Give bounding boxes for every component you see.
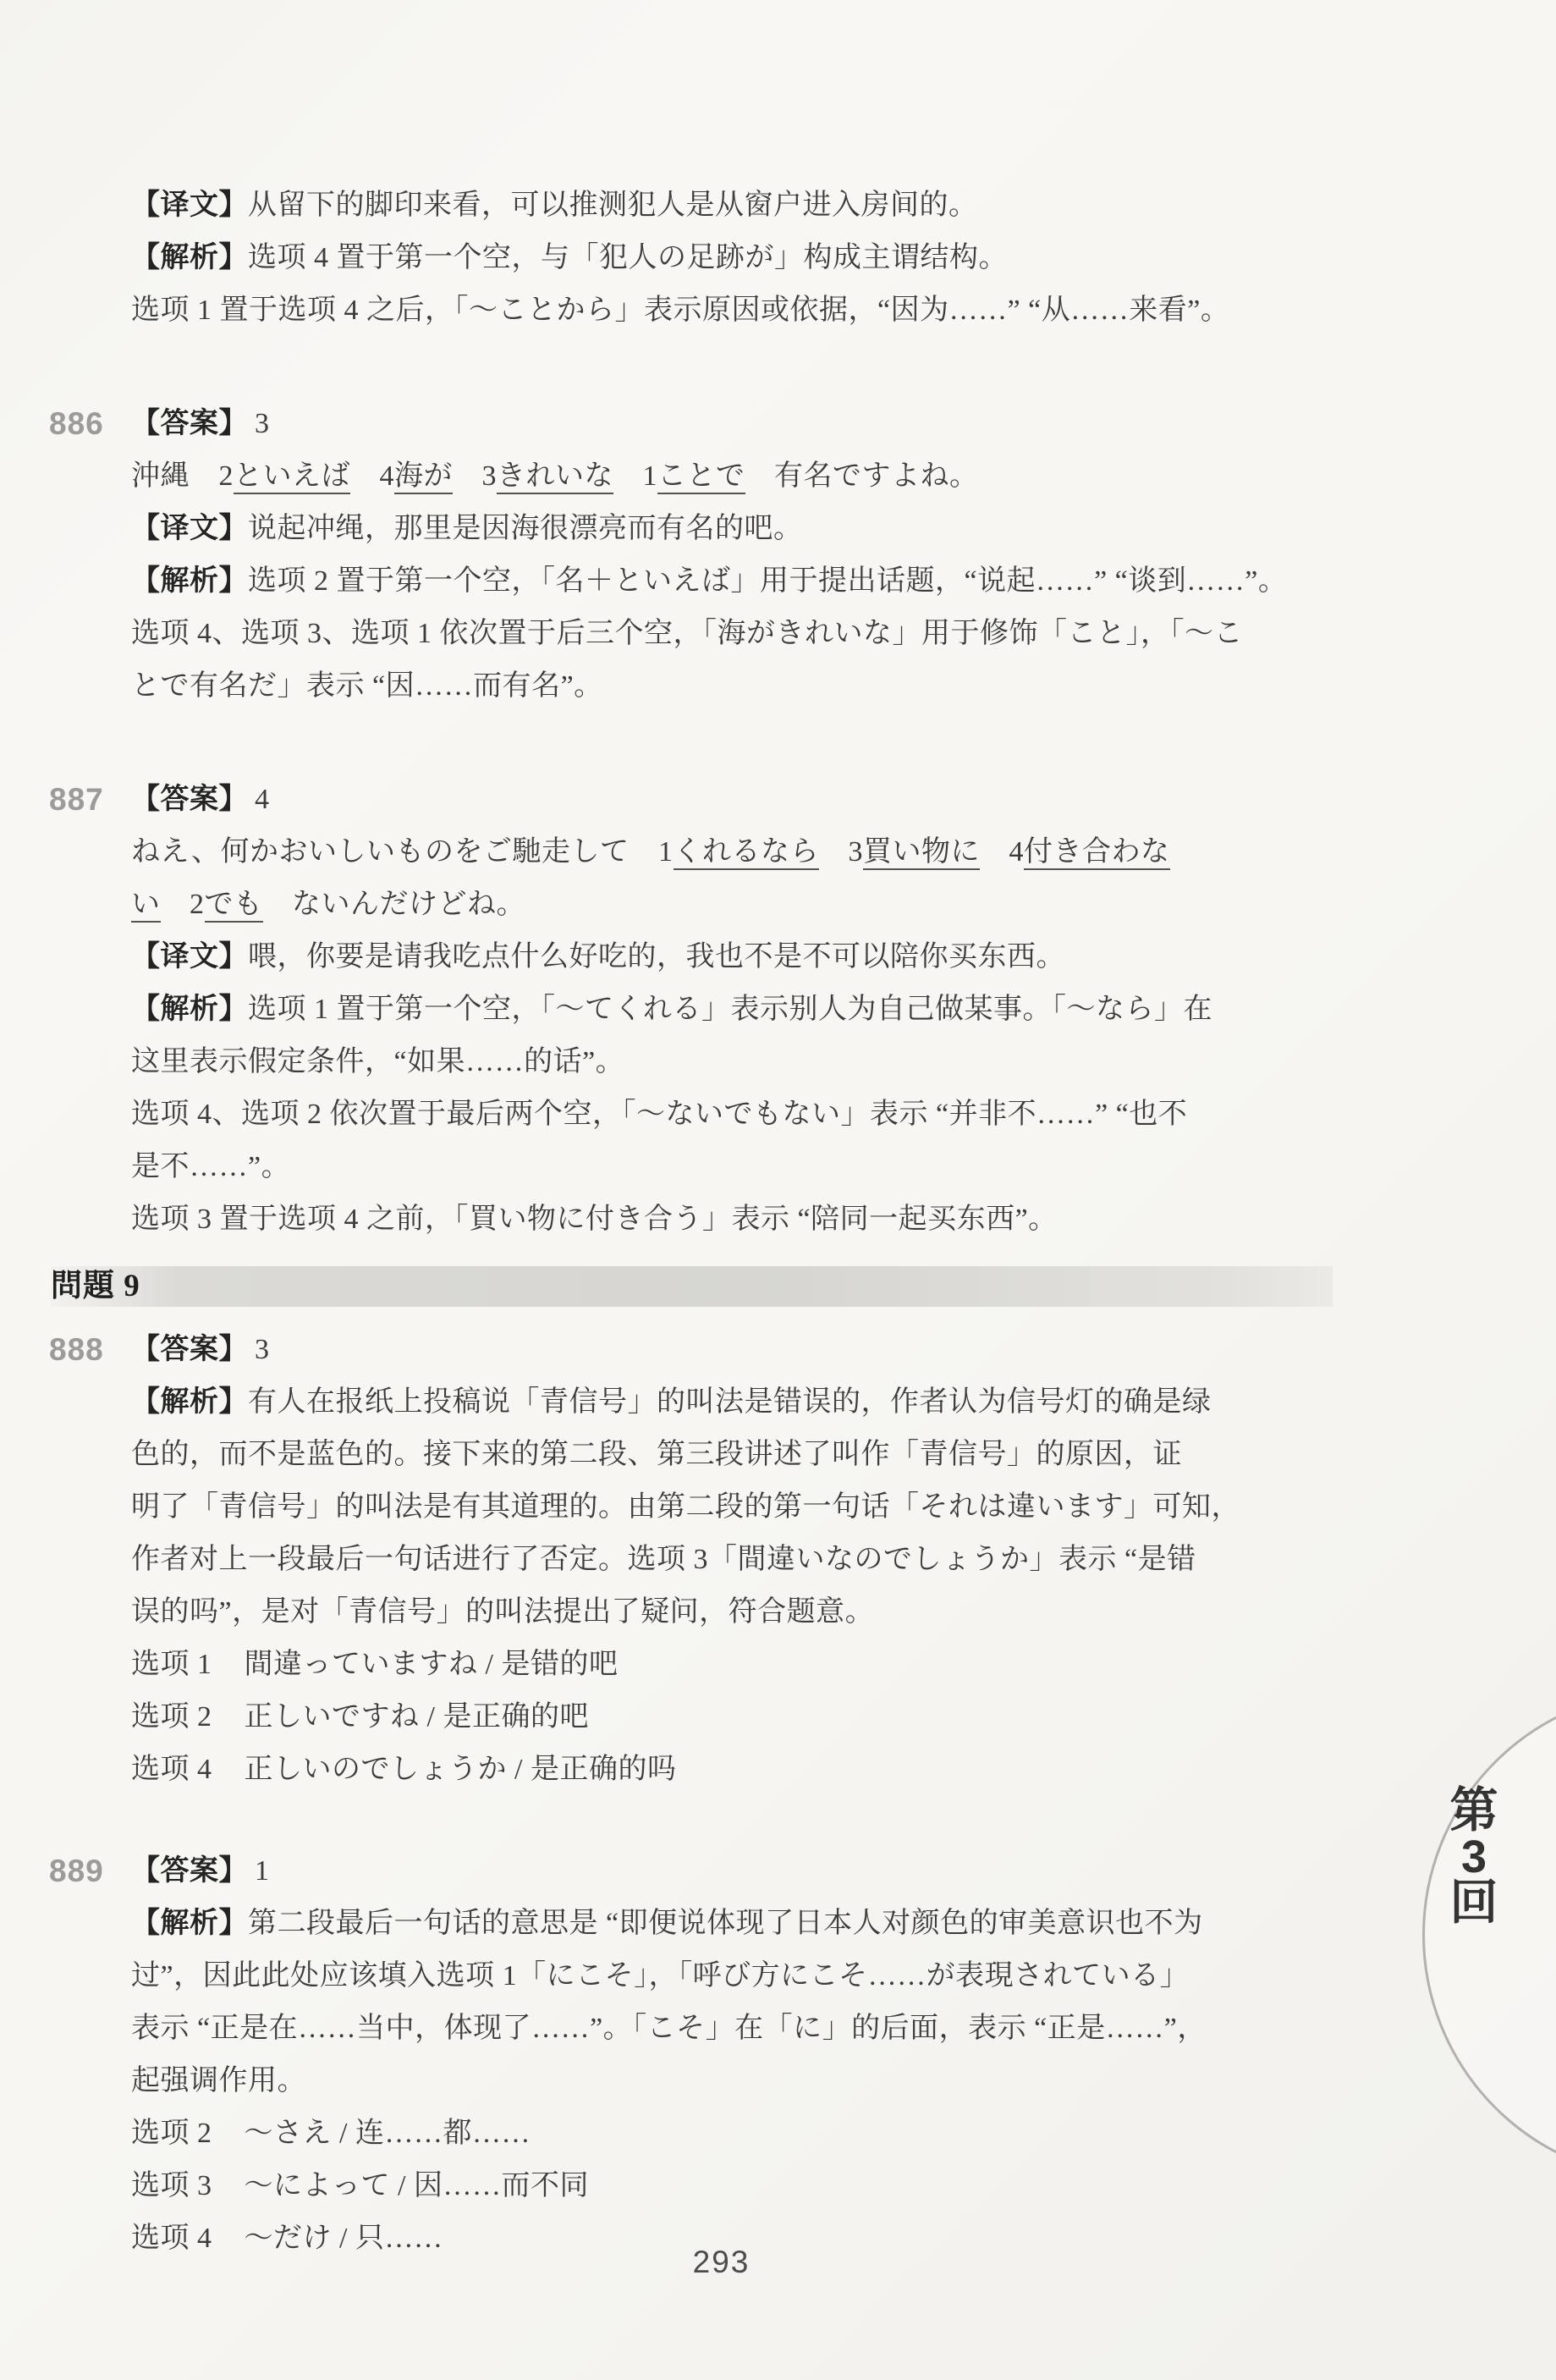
underlined-segment: 買い物に	[863, 836, 980, 870]
answer-value: 3	[255, 1334, 270, 1365]
option-number: 选项 3	[131, 2170, 212, 2201]
answer-value: 1	[255, 1855, 270, 1887]
answer-value: 3	[255, 408, 270, 439]
analysis-line: 过”，因此此处应该填入选项 1「にこそ」，「呼び方にこそ……が表現されている」	[131, 1950, 1311, 2003]
underlined-segment: ことで	[657, 460, 745, 494]
analysis-line: 表示 “正是在……当中，体现了……”。「こそ」在「に」的后面，表示 “正是……”…	[131, 2003, 1311, 2055]
text-segment: 2	[190, 889, 205, 920]
option-row: 选项 2正しいですね / 是正确的吧	[131, 1691, 1311, 1744]
underlined-segment: い	[131, 889, 161, 923]
analysis-text: 选项 2 置于第一个空，「名＋といえば」用于提出话题，“说起……” “谈到……”…	[248, 565, 1287, 597]
underlined-segment: 付き合わな	[1024, 836, 1170, 870]
round-3-label-char: 3	[1443, 1835, 1504, 1879]
question-number: 886	[49, 398, 104, 450]
analysis-line: 选项 4、选项 3、选项 1 依次置于后三个空，「海がきれいな」用于修饰「こと」…	[131, 608, 1311, 660]
analysis-text: 选项 1 置于第一个空，「～てくれる」表示别人为自己做某事。「～なら」在	[248, 994, 1212, 1025]
text-segment	[161, 889, 190, 920]
underlined-segment: でも	[205, 889, 263, 923]
translation-text: 喂，你要是请我吃点什么好吃的，我也不是不可以陪你买东西。	[248, 941, 1065, 972]
answer-label: 【答案】	[131, 1334, 248, 1365]
option-text: 間違っていますね / 是错的吧	[245, 1649, 619, 1680]
analysis-label: 【解析】	[131, 242, 248, 273]
text-segment: 1	[643, 460, 658, 492]
round-3-side-tab: 第 3 回	[1422, 1689, 1556, 2180]
text-segment: ねえ、何かおいしいものをご馳走して	[131, 836, 658, 868]
text-segment: 3	[482, 460, 498, 492]
option-number: 选项 2	[131, 1701, 212, 1733]
question-number: 887	[49, 774, 104, 826]
question-886-block: 886 【答案】3 沖縄 2といえば 4海が 3きれいな 1ことで 有名ですよね…	[131, 398, 1311, 713]
option-row: 选项 3～によって / 因……而不同	[131, 2160, 1311, 2212]
round-3-label-char: 第	[1443, 1787, 1504, 1835]
option-number: 选项 2	[131, 2118, 212, 2149]
page-content: 【译文】从留下的脚印来看，可以推测犯人是从窗户进入房间的。 【解析】选项 4 置…	[131, 179, 1311, 2265]
option-row: 选项 4正しいのでしょうか / 是正确的吗	[131, 1744, 1311, 1796]
sentence-line: い 2でも ないんだけどね。	[131, 879, 1311, 931]
underlined-segment: くれるなら	[674, 836, 820, 870]
option-row: 选项 1間違っていますね / 是错的吧	[131, 1639, 1311, 1691]
problem-9-section-bar: 問題 9	[51, 1266, 1333, 1307]
question-number: 889	[49, 1845, 104, 1898]
option-number: 选项 4	[131, 1754, 212, 1785]
option-text: ～によって / 因……而不同	[245, 2170, 589, 2201]
sentence-line: 沖縄 2といえば 4海が 3きれいな 1ことで 有名ですよね。	[131, 450, 1311, 503]
text-segment: 4	[380, 460, 395, 492]
option-text: 正しいですね / 是正确的吧	[245, 1701, 589, 1733]
answer-label: 【答案】	[131, 784, 248, 815]
translation-line: 【译文】说起冲绳，那里是因海很漂亮而有名的吧。	[131, 503, 1311, 555]
text-segment	[613, 460, 643, 492]
text-segment: 3	[849, 836, 864, 868]
option-row: 选项 2～さえ / 连……都……	[131, 2107, 1311, 2160]
analysis-line: 作者对上一段最后一句话进行了否定。选项 3「間違いなのでしょうか」表示 “是错	[131, 1534, 1311, 1586]
analysis-line: 误的吗”，是对「青信号」的叫法提出了疑问，符合题意。	[131, 1586, 1311, 1639]
option-number: 选项 1	[131, 1649, 212, 1680]
answer-value: 4	[255, 784, 270, 815]
sentence-line: ねえ、何かおいしいものをご馳走して 1くれるなら 3買い物に 4付き合わな	[131, 826, 1311, 879]
question-header: 888 【答案】3	[131, 1324, 1311, 1376]
analysis-label: 【解析】	[131, 994, 248, 1025]
answer-label: 【答案】	[131, 1855, 248, 1887]
round-3-label-char: 回	[1443, 1879, 1504, 1927]
question-887-block: 887 【答案】4 ねえ、何かおいしいものをご馳走して 1くれるなら 3買い物に…	[131, 774, 1311, 1246]
option-text: ～さえ / 连……都……	[245, 2118, 531, 2149]
option-text: 正しいのでしょうか / 是正确的吗	[245, 1754, 677, 1785]
text-segment: 沖縄	[131, 460, 219, 492]
analysis-line: 明了「青信号」的叫法是有其道理的。由第二段的第一句话「それは違います」可知，	[131, 1481, 1311, 1534]
question-header: 889 【答案】1	[131, 1845, 1311, 1898]
translation-text: 说起冲绳，那里是因海很漂亮而有名的吧。	[248, 513, 803, 544]
page-number: 293	[0, 2245, 1443, 2280]
translation-label: 【译文】	[131, 941, 248, 972]
analysis-label: 【解析】	[131, 1908, 248, 1939]
underlined-segment: 海が	[394, 460, 453, 494]
round-3-label: 第 3 回	[1443, 1787, 1504, 1927]
translation-label: 【译文】	[131, 190, 248, 221]
text-segment	[980, 836, 1009, 868]
text-segment: 2	[219, 460, 234, 492]
text-segment	[745, 460, 775, 492]
translation-line: 【译文】喂，你要是请我吃点什么好吃的，我也不是不可以陪你买东西。	[131, 931, 1311, 983]
analysis-line: 【解析】第二段最后一句话的意思是 “即便说体现了日本人对颜色的审美意识也不为	[131, 1898, 1311, 1950]
analysis-line: 是不……”。	[131, 1141, 1311, 1193]
text-segment	[263, 889, 293, 920]
analysis-line: 【解析】选项 1 置于第一个空，「～てくれる」表示别人为自己做某事。「～なら」在	[131, 983, 1311, 1036]
text-segment	[350, 460, 380, 492]
analysis-line: 【解析】有人在报纸上投稿说「青信号」的叫法是错误的，作者认为信号灯的确是绿	[131, 1376, 1311, 1429]
analysis-line: 选项 3 置于选项 4 之前，「買い物に付き合う」表示 “陪同一起买东西”。	[131, 1193, 1311, 1246]
analysis-text: 有人在报纸上投稿说「青信号」的叫法是错误的，作者认为信号灯的确是绿	[248, 1386, 1212, 1418]
text-segment: 1	[658, 836, 674, 868]
prev-question-block: 【译文】从留下的脚印来看，可以推测犯人是从窗户进入房间的。 【解析】选项 4 置…	[131, 179, 1311, 337]
analysis-line: 这里表示假定条件，“如果……的话”。	[131, 1036, 1311, 1088]
analysis-text: 第二段最后一句话的意思是 “即便说体现了日本人对颜色的审美意识也不为	[248, 1908, 1203, 1939]
question-header: 887 【答案】4	[131, 774, 1311, 826]
analysis-label: 【解析】	[131, 565, 248, 597]
text-segment: ないんだけどね。	[292, 889, 525, 920]
translation-text: 从留下的脚印来看，可以推测犯人是从窗户进入房间的。	[248, 190, 978, 221]
text-segment	[819, 836, 849, 868]
analysis-line: 【解析】选项 4 置于第一个空，与「犯人の足跡が」构成主谓结构。	[131, 232, 1311, 284]
analysis-line: 选项 4、选项 2 依次置于最后两个空，「～ないでもない」表示 “并非不……” …	[131, 1088, 1311, 1141]
translation-label: 【译文】	[131, 513, 248, 544]
analysis-line: 起强调作用。	[131, 2055, 1311, 2107]
text-segment: 4	[1009, 836, 1025, 868]
question-888-block: 888 【答案】3 【解析】有人在报纸上投稿说「青信号」的叫法是错误的，作者认为…	[131, 1324, 1311, 1796]
question-889-block: 889 【答案】1 【解析】第二段最后一句话的意思是 “即便说体现了日本人对颜色…	[131, 1845, 1311, 2265]
question-number: 888	[49, 1324, 104, 1376]
analysis-text: 选项 4 置于第一个空，与「犯人の足跡が」构成主谓结构。	[248, 242, 1008, 273]
answer-label: 【答案】	[131, 408, 248, 439]
analysis-line: 【解析】选项 2 置于第一个空，「名＋といえば」用于提出话题，“说起……” “谈…	[131, 555, 1311, 608]
analysis-label: 【解析】	[131, 1386, 248, 1418]
text-segment	[453, 460, 482, 492]
underlined-segment: といえば	[234, 460, 350, 494]
text-segment: 有名ですよね。	[774, 460, 979, 492]
translation-line: 【译文】从留下的脚印来看，可以推测犯人是从窗户进入房间的。	[131, 179, 1311, 232]
analysis-line: 选项 1 置于选项 4 之后，「～ことから」表示原因或依据，“因为……” “从……	[131, 284, 1311, 337]
underlined-segment: きれいな	[497, 460, 613, 494]
problem-9-label: 問題 9	[51, 1266, 140, 1307]
question-header: 886 【答案】3	[131, 398, 1311, 450]
analysis-line: 色的，而不是蓝色的。接下来的第二段、第三段讲述了叫作「青信号」的原因，证	[131, 1429, 1311, 1481]
analysis-line: とで有名だ」表示 “因……而有名”。	[131, 660, 1311, 713]
